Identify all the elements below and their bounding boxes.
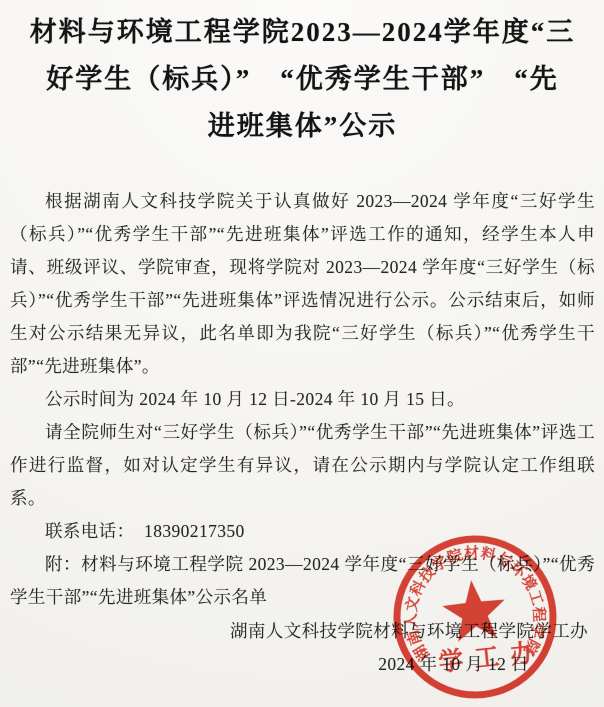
- title-line-1: 材料与环境工程学院2023—2024学年度“三: [10, 9, 595, 56]
- paragraph-publicity-period: 公示时间为 2024 年 10 月 12 日-2024 年 10 月 15 日。: [10, 383, 595, 416]
- signature-block: 湖南人文科技学院材料与环境工程学院学工办 2024 年 10 月 12 日: [10, 615, 595, 681]
- title-line-2: 好学生（标兵）” “优秀学生干部” “先: [10, 56, 595, 103]
- paragraph-supervision: 请全院师生对“三好学生（标兵）”“优秀学生干部”“先进班集体”评选工作进行监督，…: [10, 416, 595, 515]
- announcement-document: 材料与环境工程学院2023—2024学年度“三 好学生（标兵）” “优秀学生干部…: [0, 0, 604, 707]
- document-body: 根据湖南人文科技学院关于认真做好 2023—2024 学年度“三好学生（标兵）”…: [10, 185, 595, 614]
- paragraph-basis: 根据湖南人文科技学院关于认真做好 2023—2024 学年度“三好学生（标兵）”…: [10, 185, 595, 383]
- title-line-3: 进班集体”公示: [10, 103, 595, 150]
- signature-date: 2024 年 10 月 12 日: [10, 648, 595, 681]
- paragraph-attachment: 附：材料与环境工程学院 2023—2024 学年度“三好学生（标兵）”“优秀学生…: [10, 548, 595, 614]
- document-title: 材料与环境工程学院2023—2024学年度“三 好学生（标兵）” “优秀学生干部…: [10, 9, 595, 150]
- paragraph-contact-phone: 联系电话： 18390217350: [10, 515, 595, 548]
- signature-organization: 湖南人文科技学院材料与环境工程学院学工办: [10, 615, 595, 648]
